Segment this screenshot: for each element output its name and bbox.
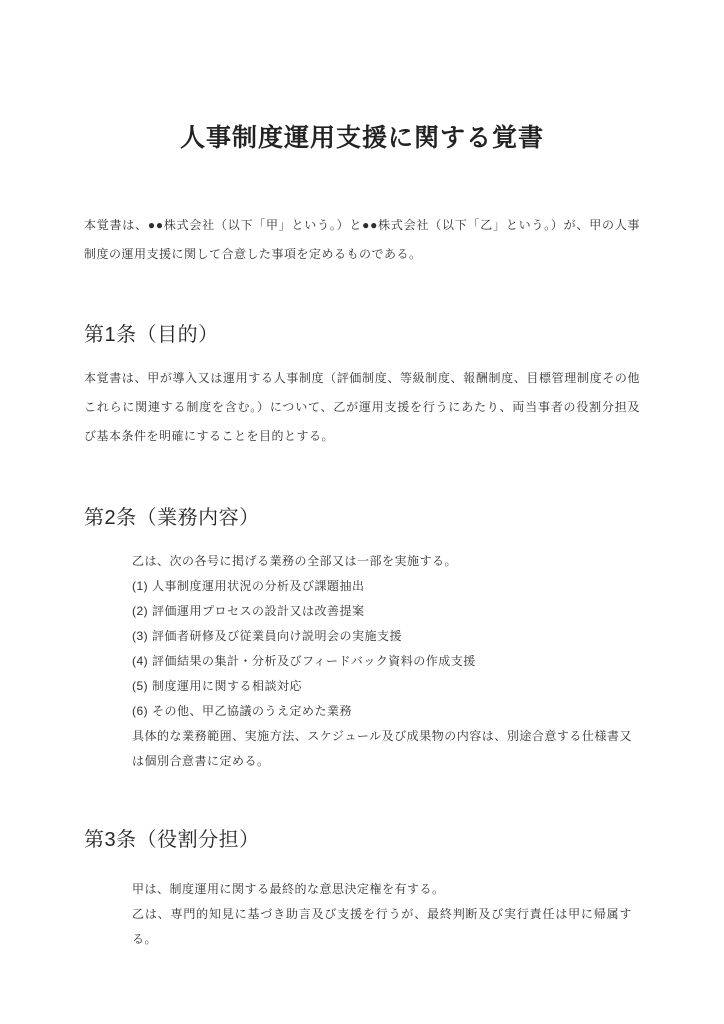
- article-2-line-closing: 具体的な業務範囲、実施方法、スケジュール及び成果物の内容は、別途合意する仕様書又…: [132, 724, 632, 774]
- article-3-line-2: 乙は、専門的知見に基づき助言及び支援を行うが、最終判断及び実行責任は甲に帰属する…: [132, 902, 632, 952]
- document-title: 人事制度運用支援に関する覚書: [84, 118, 640, 158]
- article-2-item-4: (4) 評価結果の集計・分析及びフィードバック資料の作成支援: [132, 649, 632, 674]
- article-1-heading: 第1条（目的）: [84, 322, 640, 348]
- article-2-body: 乙は、次の各号に掲げる業務の全部又は一部を実施する。 (1) 人事制度運用状況の…: [132, 549, 632, 774]
- article-1-section: 第1条（目的） 本覚書は、甲が導入又は運用する人事制度（評価制度、等級制度、報酬…: [84, 322, 640, 451]
- intro-paragraph: 本覚書は、●●株式会社（以下「甲」という。）と●●株式会社（以下「乙」という。）…: [84, 211, 640, 269]
- article-3-heading: 第3条（役割分担）: [84, 827, 640, 853]
- article-2-heading: 第2条（業務内容）: [84, 505, 640, 531]
- article-2-item-3: (3) 評価者研修及び従業員向け説明会の実施支援: [132, 624, 632, 649]
- article-3-section: 第3条（役割分担） 甲は、制度運用に関する最終的な意思決定権を有する。 乙は、専…: [84, 827, 640, 952]
- article-2-section: 第2条（業務内容） 乙は、次の各号に掲げる業務の全部又は一部を実施する。 (1)…: [84, 505, 640, 774]
- article-2-item-1: (1) 人事制度運用状況の分析及び課題抽出: [132, 574, 632, 599]
- article-3-body: 甲は、制度運用に関する最終的な意思決定権を有する。 乙は、専門的知見に基づき助言…: [132, 877, 632, 952]
- article-2-item-2: (2) 評価運用プロセスの設計又は改善提案: [132, 599, 632, 624]
- article-2-line-intro: 乙は、次の各号に掲げる業務の全部又は一部を実施する。: [132, 549, 632, 574]
- article-1-body: 本覚書は、甲が導入又は運用する人事制度（評価制度、等級制度、報酬制度、目標管理制…: [84, 364, 640, 451]
- article-2-item-6: (6) その他、甲乙協議のうえ定めた業務: [132, 699, 632, 724]
- document-page: 人事制度運用支援に関する覚書 本覚書は、●●株式会社（以下「甲」という。）と●●…: [0, 0, 724, 1024]
- article-3-line-1: 甲は、制度運用に関する最終的な意思決定権を有する。: [132, 877, 632, 902]
- article-2-item-5: (5) 制度運用に関する相談対応: [132, 674, 632, 699]
